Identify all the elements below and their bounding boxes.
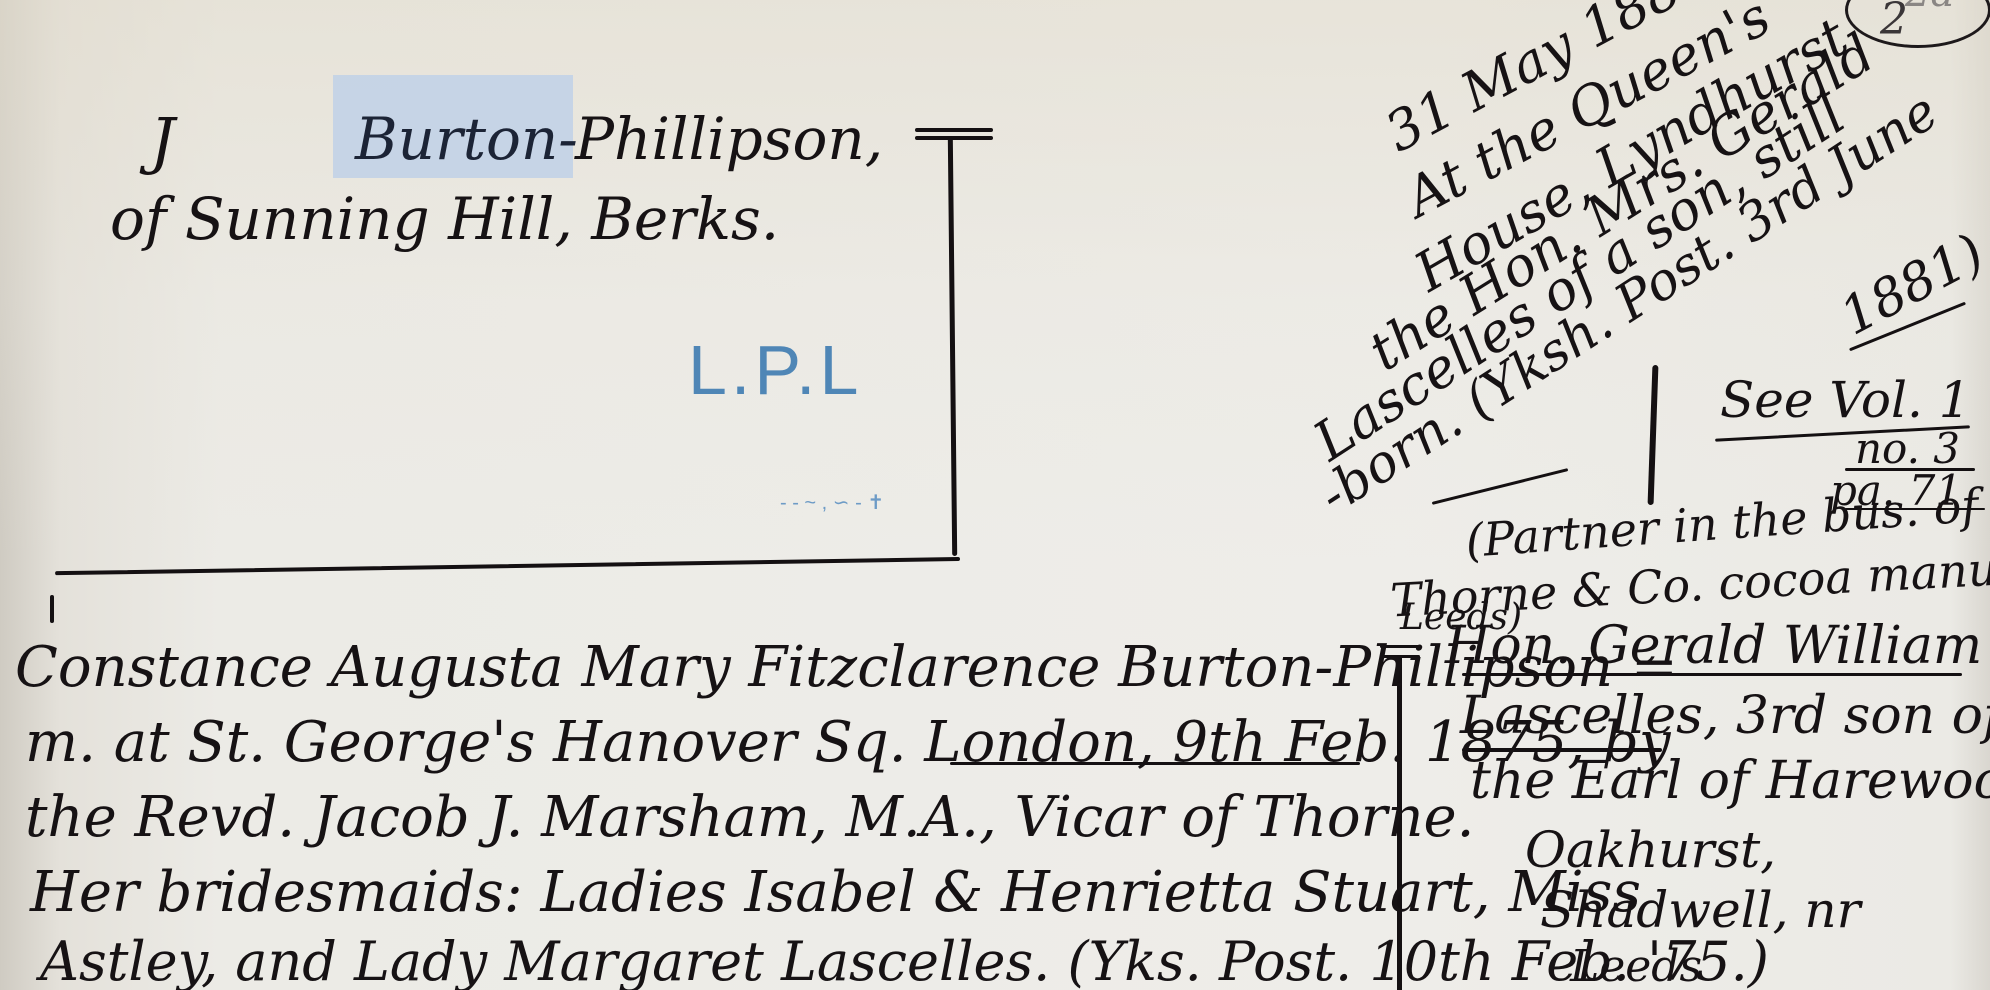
marriage-line-4: Her bridesmaids: Ladies Isabel & Henriet… xyxy=(30,865,1641,921)
reference-no: no. 3 xyxy=(1855,428,1960,470)
residence: of Sunning Hill, Berks. xyxy=(110,190,779,248)
page-number: 2 xyxy=(1880,0,1908,45)
marriage-date-underline xyxy=(950,762,1360,765)
lpl-stamp: L.P.L xyxy=(688,330,862,410)
double-line-top xyxy=(915,128,993,132)
bracket-end-tick xyxy=(50,595,54,623)
surname-highlighted[interactable]: Burton- xyxy=(355,110,578,168)
marriage-line-1: Constance Augusta Mary Fitzclarence Burt… xyxy=(15,640,1678,696)
stamp-smudge: - - ~ , ∽ - ✝ xyxy=(780,490,884,515)
page-number-faded: 2a xyxy=(1905,0,1954,16)
see-vol: See Vol. 1 xyxy=(1720,375,1971,425)
double-line-bottom xyxy=(915,136,993,140)
initial: J xyxy=(150,110,175,172)
marriage-line-2: m. at St. George's Hanover Sq. London, 9… xyxy=(25,715,1671,771)
surname-rest: Phillipson, xyxy=(575,110,883,168)
marriage-line-3: the Revd. Jacob J. Marsham, M.A., Vicar … xyxy=(25,790,1474,846)
marriage-line-5: Astley, and Lady Margaret Lascelles. (Yk… xyxy=(40,935,1769,989)
